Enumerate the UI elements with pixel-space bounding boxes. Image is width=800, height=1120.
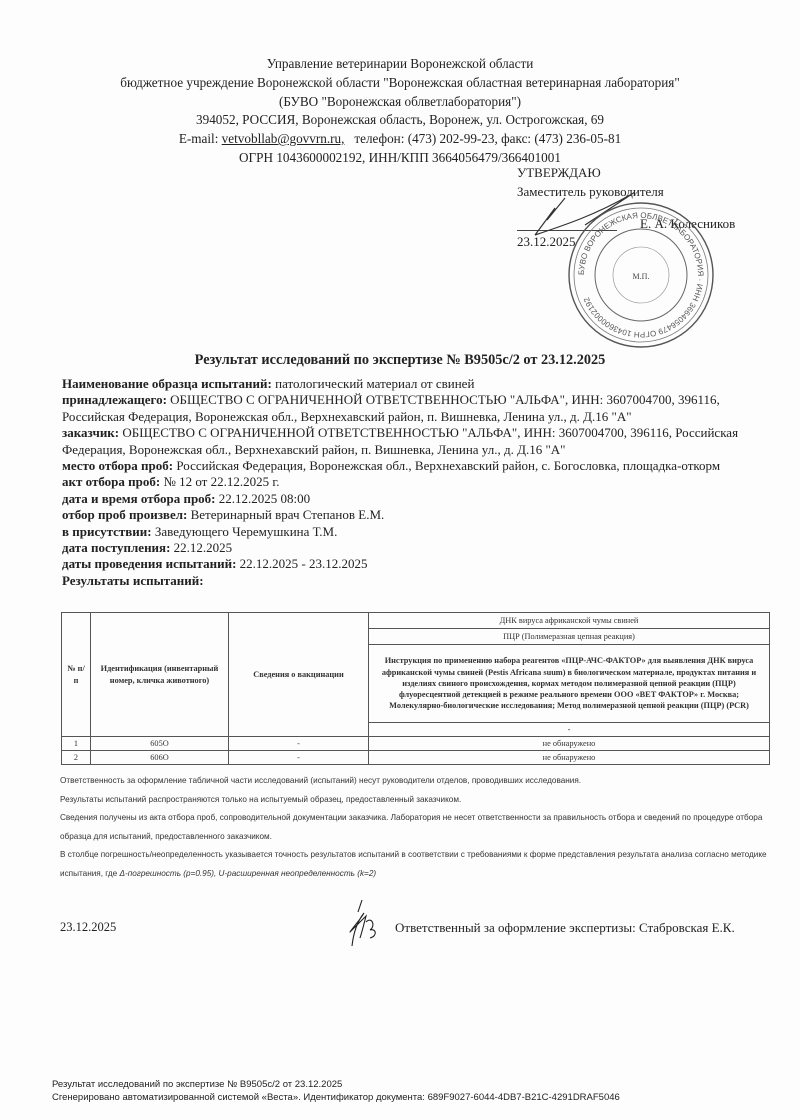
row-vaccination: -	[229, 751, 369, 765]
signoff-date: 23.12.2025	[60, 920, 116, 935]
info-test-dates: даты проведения испытаний: 22.12.2025 - …	[62, 556, 772, 572]
header-units: -	[369, 723, 770, 737]
info-sampler: отбор проб произвел: Ветеринарный врач С…	[62, 507, 772, 523]
row-number: 2	[62, 751, 91, 765]
info-owner: принадлежащего: ОБЩЕСТВО С ОГРАНИЧЕННОЙ …	[62, 392, 772, 425]
header-vaccination: Сведения о вакцинации	[229, 613, 369, 737]
header-number: № п/п	[62, 613, 91, 737]
header-org-short: (БУВО "Воронежская облветлаборатория")	[0, 93, 800, 112]
row-number: 1	[62, 737, 91, 751]
note-uncertainty: В столбце погрешность/неопределенность у…	[60, 846, 780, 883]
results-table: № п/п Идентификация (инвентарный номер, …	[61, 612, 770, 765]
info-results-heading: Результаты испытаний:	[62, 573, 772, 589]
responsible-person: Ответственный за оформление экспертизы: …	[395, 920, 735, 936]
table-row: 1 605О - не обнаружено	[62, 737, 770, 751]
email-link[interactable]: vetvobllab@govvrn.ru,	[222, 131, 345, 146]
row-vaccination: -	[229, 737, 369, 751]
table-row: 2 606О - не обнаружено	[62, 751, 770, 765]
sample-info: Наименование образца испытаний: патологи…	[62, 376, 772, 589]
header-address: 394052, РОССИЯ, Воронежская область, Вор…	[0, 111, 800, 130]
stamp-center-text: М.П.	[633, 272, 650, 281]
info-sample-name: Наименование образца испытаний: патологи…	[62, 376, 772, 392]
row-id: 606О	[91, 751, 229, 765]
header-method-long: Инструкция по применению набора реагенто…	[369, 645, 770, 723]
note-responsibility: Ответственность за оформление табличной …	[60, 772, 780, 791]
info-witness: в присутствии: Заведующего Черемушкина Т…	[62, 524, 772, 540]
lab-letterhead: Управление ветеринарии Воронежской облас…	[0, 55, 800, 168]
document-title: Результат исследований по экспертизе № В…	[0, 352, 800, 369]
footer-doc-id: Сгенерировано автоматизированной системо…	[52, 1091, 620, 1104]
responsible-signature-icon	[340, 898, 385, 948]
row-result: не обнаружено	[369, 737, 770, 751]
footer-doc-ref: Результат исследований по экспертизе № В…	[52, 1078, 620, 1091]
info-sampling-datetime: дата и время отбора проб: 22.12.2025 08:…	[62, 491, 772, 507]
notes-section: Ответственность за оформление табличной …	[60, 772, 780, 883]
header-test-name: ДНК вируса африканской чумы свиней	[369, 613, 770, 629]
header-method-short: ПЦР (Полимеразная цепная реакция)	[369, 629, 770, 645]
header-ogrn-inn: ОГРН 1043600002192, ИНН/КПП 3664056479/3…	[0, 149, 800, 168]
email-label: E-mail:	[179, 131, 219, 146]
document-footer: Результат исследований по экспертизе № В…	[52, 1078, 620, 1104]
row-result: не обнаружено	[369, 751, 770, 765]
note-source: Сведения получены из акта отбора проб, с…	[60, 809, 780, 846]
row-id: 605О	[91, 737, 229, 751]
header-identification: Идентификация (инвентарный номер, кличка…	[91, 613, 229, 737]
header-org-name: бюджетное учреждение Воронежской области…	[0, 74, 800, 93]
info-sampling-place: место отбора проб: Российская Федерация,…	[62, 458, 772, 474]
header-ministry: Управление ветеринарии Воронежской облас…	[0, 55, 800, 74]
official-stamp-icon: БУВО ВОРОНЕЖСКАЯ ОБЛВЕТЛАБОРАТОРИЯ · ИНН…	[566, 200, 716, 350]
header-contacts: E-mail: vetvobllab@govvrn.ru, телефон: (…	[0, 130, 800, 149]
info-sampling-act: акт отбора проб: № 12 от 22.12.2025 г.	[62, 474, 772, 490]
info-customer: заказчик: ОБЩЕСТВО С ОГРАНИЧЕННОЙ ОТВЕТС…	[62, 425, 772, 458]
note-scope: Результаты испытаний распространяются то…	[60, 791, 780, 810]
info-receipt-date: дата поступления: 22.12.2025	[62, 540, 772, 556]
phone-fax: телефон: (473) 202-99-23, факс: (473) 23…	[354, 131, 621, 146]
approval-title: УТВЕРЖДАЮ	[517, 163, 664, 182]
